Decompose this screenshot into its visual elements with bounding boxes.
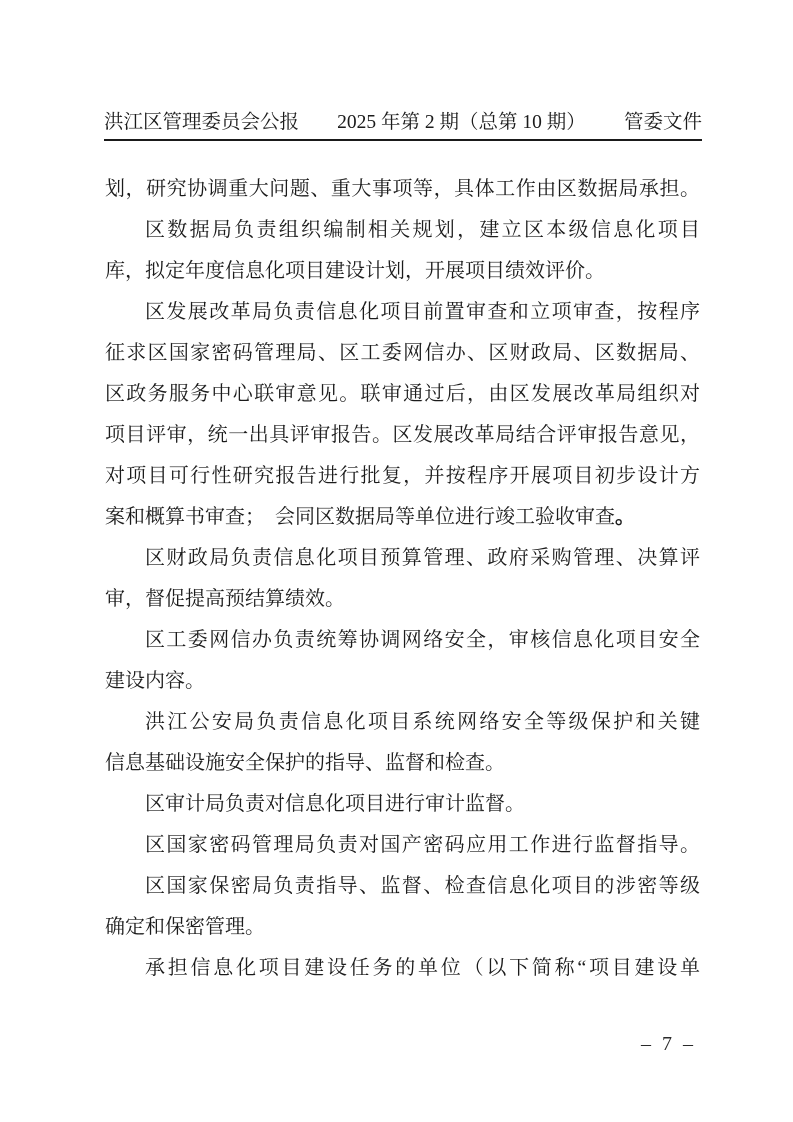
body-line: 信息基础设施安全保护的指导、监督和检查。 <box>105 743 700 784</box>
header-section-label: 管委文件 <box>624 112 702 134</box>
body-line: 承担信息化项目建设任务的单位（以下简称“项目建设单 <box>105 948 700 989</box>
body-line: 建设内容。 <box>105 661 700 702</box>
body-line: 洪江公安局负责信息化项目系统网络安全等级保护和关键 <box>105 702 700 743</box>
body-line: 对项目可行性研究报告进行批复，并按程序开展项目初步设计方 <box>105 456 700 497</box>
body-line: 库，拟定年度信息化项目建设计划，开展项目绩效评价。 <box>105 251 700 292</box>
document-body: 划，研究协调重大问题、重大事项等，具体工作由区数据局承担。 区数据局负责组织编制… <box>105 169 700 989</box>
body-line: 征求区国家密码管理局、区工委网信办、区财政局、区数据局、 <box>105 333 700 374</box>
body-line: 区发展改革局负责信息化项目前置审查和立项审查，按程序 <box>105 292 700 333</box>
body-line: 区财政局负责信息化项目预算管理、政府采购管理、决算评 <box>105 538 700 579</box>
body-line: 区工委网信办负责统筹协调网络安全，审核信息化项目安全 <box>105 620 700 661</box>
body-line: 项目评审，统一出具评审报告。区发展改革局结合评审报告意见， <box>105 415 700 456</box>
header-publication-title: 洪江区管理委员会公报 <box>104 112 299 134</box>
page-number: – 7 – <box>641 1033 696 1056</box>
body-line-text: 案和概算书审查； 会同区数据局等单位进行竣工验收审查 <box>105 506 615 528</box>
body-line: 划，研究协调重大问题、重大事项等，具体工作由区数据局承担。 <box>105 169 700 210</box>
page-header: 洪江区管理委员会公报 2025 年第 2 期（总第 10 期） 管委文件 <box>104 112 702 141</box>
body-line: 区国家密码管理局负责对国产密码应用工作进行监督指导。 <box>105 825 700 866</box>
body-line: 区国家保密局负责指导、监督、检查信息化项目的涉密等级 <box>105 866 700 907</box>
bold-full-stop: 。 <box>615 506 635 528</box>
body-line: 审，督促提高预结算绩效。 <box>105 579 700 620</box>
header-issue-info: 2025 年第 2 期（总第 10 期） <box>337 112 586 134</box>
body-line: 确定和保密管理。 <box>105 907 700 948</box>
body-line: 区政务服务中心联审意见。联审通过后，由区发展改革局组织对 <box>105 374 700 415</box>
body-line: 案和概算书审查； 会同区数据局等单位进行竣工验收审查。 <box>105 497 700 538</box>
body-line: 区审计局负责对信息化项目进行审计监督。 <box>105 784 700 825</box>
document-page: 洪江区管理委员会公报 2025 年第 2 期（总第 10 期） 管委文件 划，研… <box>0 0 793 1122</box>
body-line: 区数据局负责组织编制相关规划，建立区本级信息化项目 <box>105 210 700 251</box>
